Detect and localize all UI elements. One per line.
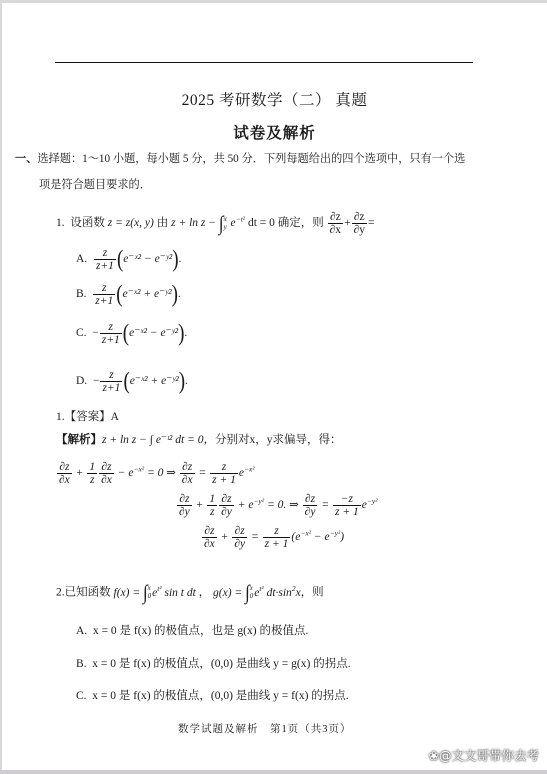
option-text: x = 0 是 f(x) 的极值点，也是 g(x) 的极值点. xyxy=(93,625,308,637)
page-bottom-edge xyxy=(0,770,547,774)
integral-sign: ∫ xyxy=(219,212,224,236)
option-label: D. xyxy=(76,375,87,387)
option-body: e⁻ˣ² − e⁻ʸ² xyxy=(129,327,178,339)
option-label: A. xyxy=(76,253,87,265)
question-1-number: 1. xyxy=(56,217,65,229)
analysis-label: 【解析】 xyxy=(56,434,102,446)
q1-suffix: 确定，则 xyxy=(278,217,324,229)
page-subtitle: 试卷及解析 xyxy=(2,121,547,143)
option-fraction: zz+1 xyxy=(100,369,122,394)
q2-option-b: B. x = 0 是 f(x) 的极值点，(0,0) 是曲线 y = g(x) … xyxy=(76,655,351,671)
section-text-line2: 项是符合题目要求的． xyxy=(39,176,151,192)
q2-g-def: g(x) = ∫x0et² dt·sin2x xyxy=(213,587,301,599)
page-title: 2025 考研数学（二） 真题 xyxy=(2,88,547,110)
q1-dt: dt = 0 xyxy=(248,217,275,229)
analysis-equation: z + ln z − ∫ e⁻ᵗ² dt = 0， xyxy=(102,434,215,446)
q2-option-a: A. x = 0 是 f(x) 的极值点，也是 g(x) 的极值点. xyxy=(76,622,308,638)
watermark: ❀@文文哥带你去考 xyxy=(429,746,540,764)
q1-option-a: A. zz+1(e⁻ˣ² − e⁻ʸ²). xyxy=(76,247,181,272)
question-1-stem: 1. 设函数 z = z(x, y) 由 z + ln z − ∫xy e−t²… xyxy=(56,211,375,236)
q2-f-def: f(x) = ∫x0et² sin t dt xyxy=(114,587,196,599)
section-number: 一、 xyxy=(15,153,37,165)
option-fraction: zz+1 xyxy=(94,247,116,272)
section-heading: 一、选择题：1～10 小题，每小题 5 分，共 50 分．下列每题给出的四个选项… xyxy=(15,150,465,166)
q1-step-2: ∂z∂y + 1z∂z∂y + e−y² = 0. ⇒ ∂z∂y = −zz +… xyxy=(176,493,377,518)
section-text-line1: 选择题：1～10 小题，每小题 5 分，共 50 分．下列每题给出的四个选项中，… xyxy=(37,153,465,165)
q2-prefix: 已知函数 xyxy=(65,587,111,599)
option-label: B. xyxy=(76,288,87,300)
question-2-number: 2. xyxy=(56,587,65,599)
q1-func: z = z(x, y) xyxy=(108,217,154,229)
q1-option-c: C. −zz+1(e⁻ˣ² − e⁻ʸ²). xyxy=(76,321,187,346)
question-2-stem: 2.已知函数 f(x) = ∫x0et² sin t dt ， g(x) = ∫… xyxy=(56,583,324,603)
q1-step-1: ∂z∂x + 1z∂z∂x − e−x² = 0 ⇒ ∂z∂x = zz + 1… xyxy=(56,461,255,486)
q1-mid: 由 xyxy=(157,217,169,229)
q1-prefix: 设函数 xyxy=(70,217,105,229)
analysis-text: 分别对x，y求偏导，得： xyxy=(215,434,342,446)
option-body: e⁻ˣ² + e⁻ʸ² xyxy=(123,288,172,300)
option-body: e⁻ˣ² + e⁻ʸ² xyxy=(130,375,179,387)
integral-limits: xy xyxy=(224,216,227,231)
page-footer: 数学试题及解析 第1页（共3页） xyxy=(178,721,352,736)
q1-option-b: B. zz+1(e⁻ˣ² + e⁻ʸ²). xyxy=(76,282,181,307)
option-text: x = 0 是 f(x) 的极值点，(0,0) 是曲线 y = f(x) 的拐点… xyxy=(92,690,348,702)
q1-option-d: D. −zz+1(e⁻ˣ² + e⁻ʸ²). xyxy=(76,369,188,394)
option-body: e⁻ˣ² − e⁻ʸ² xyxy=(123,253,172,265)
q1-exponent: −t² xyxy=(236,214,245,223)
option-fraction: zz+1 xyxy=(93,282,115,307)
q1-answer: 1.【答案】A xyxy=(56,408,119,424)
paw-icon: ❀ xyxy=(429,748,439,763)
partial-z-y: ∂z∂y xyxy=(352,211,367,236)
q1-eq: z + ln z − xyxy=(171,217,216,229)
option-fraction: zz+1 xyxy=(100,321,122,346)
partial-z-x: ∂z∂x xyxy=(328,211,343,236)
header-rule xyxy=(55,62,473,64)
q1-analysis: 【解析】z + ln z − ∫ e⁻ᵗ² dt = 0，分别对x，y求偏导，得… xyxy=(56,431,341,447)
q1-step-3: ∂z∂x + ∂z∂y = zz + 1(e−x² − e−y²) xyxy=(201,525,344,550)
document-page: 2025 考研数学（二） 真题 试卷及解析 一、选择题：1～10 小题，每小题 … xyxy=(2,3,547,770)
option-label: C. xyxy=(76,327,87,339)
q2-option-c: C. x = 0 是 f(x) 的极值点，(0,0) 是曲线 y = f(x) … xyxy=(76,687,349,703)
option-text: x = 0 是 f(x) 的极值点，(0,0) 是曲线 y = g(x) 的拐点… xyxy=(92,658,350,670)
